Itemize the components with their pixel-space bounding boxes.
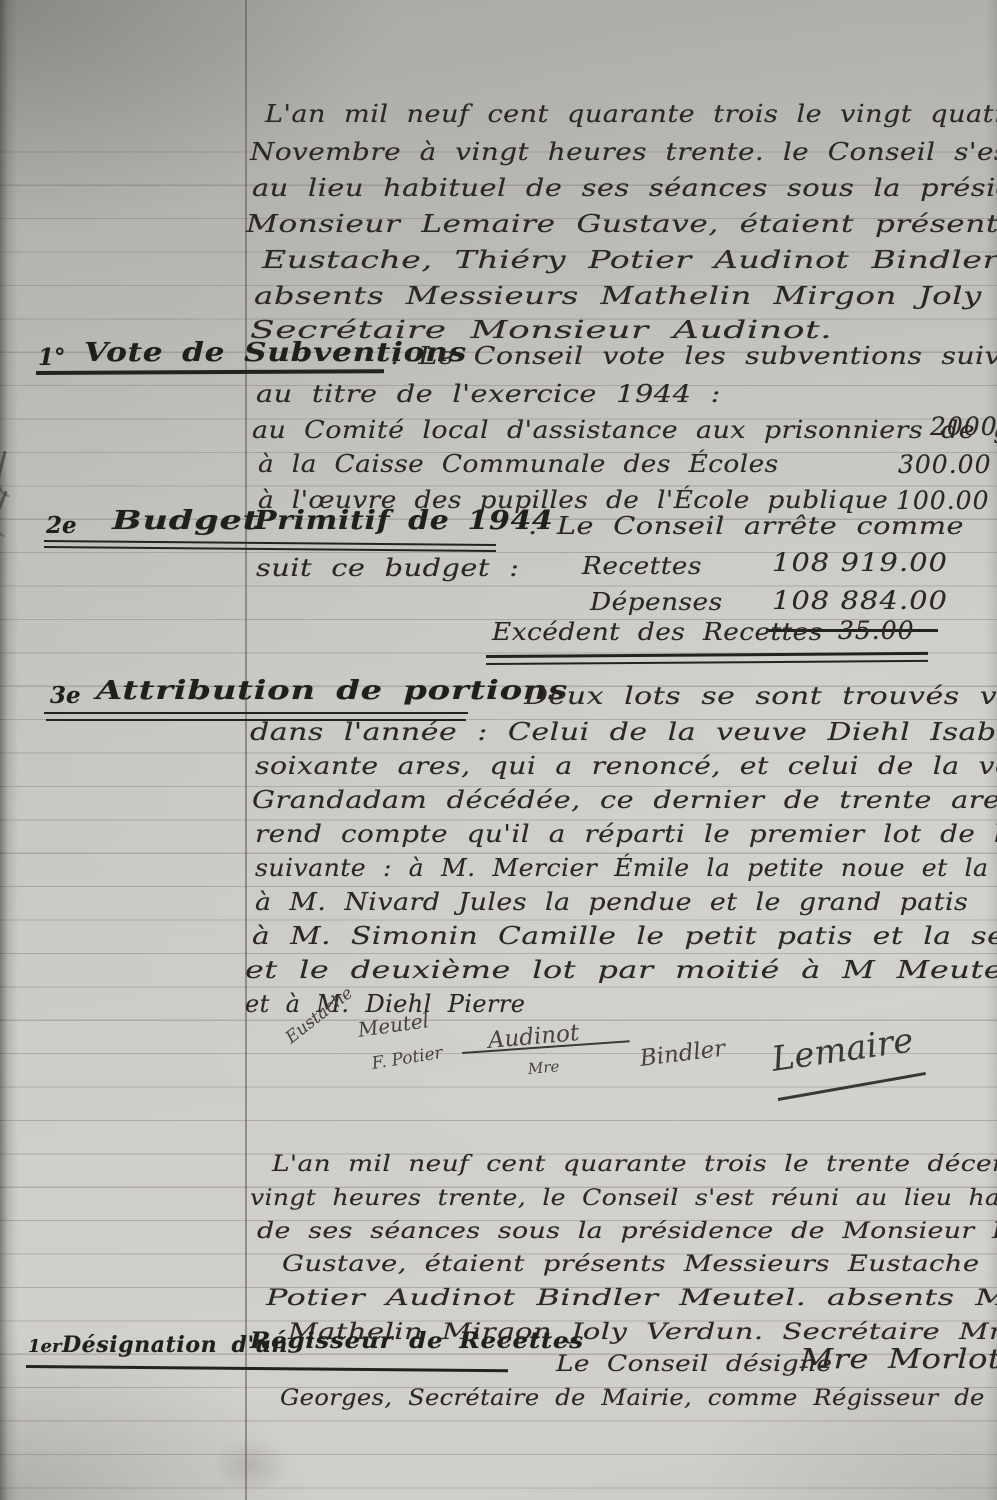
- budget-row-value: 35.00: [838, 616, 915, 645]
- budget-row-label: Excédent des Recettes: [492, 618, 823, 647]
- section3-line: et le deuxième lot par moitié à M Meutel…: [245, 956, 997, 985]
- budget-row-value: 108 919.00: [772, 548, 948, 577]
- edge-ink-bleed: [0, 451, 20, 498]
- section1-underline: [36, 369, 384, 375]
- grant-amount: 2000.: [930, 412, 997, 441]
- budget-row-value: 108 884.00: [772, 586, 948, 615]
- meeting1-line: Monsieur Lemaire Gustave, étaient présen…: [246, 210, 997, 239]
- section4-designee: Mre Morlot: [800, 1344, 997, 1376]
- section4-number: 1er: [28, 1336, 61, 1357]
- meeting2-line: L'an mil neuf cent quarante trois le tre…: [272, 1152, 997, 1178]
- section3-line: soixante ares, qui a renoncé, et celui d…: [255, 752, 997, 781]
- budget-closing-rule: [486, 660, 928, 665]
- section1-number: 1°: [38, 344, 66, 371]
- section3-line: suivante : à M. Mercier Émile la petite …: [255, 854, 997, 883]
- section2-title-rest: Primitif de 1944: [254, 506, 553, 536]
- meeting1-line: au lieu habituel de ses séances sous la …: [252, 174, 997, 203]
- page: L'an mil neuf cent quarante trois le vin…: [0, 0, 997, 1500]
- section1-line: au titre de l'exercice 1944 :: [256, 380, 721, 409]
- meeting1-line: absents Messieurs Mathelin Mirgon Joly V…: [254, 282, 997, 311]
- section4-title-rest: Régisseur de Recettes: [250, 1328, 584, 1354]
- section2-line: suit ce budget :: [256, 554, 519, 583]
- signature-lemaire-underline: [778, 1072, 926, 1101]
- section3-underline: [44, 712, 468, 714]
- section2-title-margin: Budget: [112, 506, 260, 536]
- grant-label: à la Caisse Communale des Écoles: [258, 450, 779, 479]
- signature-bindler: Bindler: [638, 1036, 726, 1072]
- signature-potier: F. Potier: [370, 1043, 444, 1074]
- grant-amount: 100.00: [896, 486, 989, 515]
- section2-number: 2e: [46, 512, 77, 539]
- section3-line: Grandadam décédée, ce dernier de trente …: [252, 786, 997, 815]
- budget-closing-rule: [486, 652, 928, 658]
- section3-line: dans l'année : Celui de la veuve Diehl I…: [250, 718, 997, 747]
- section3-line: rend compte qu'il a réparti le premier l…: [255, 820, 997, 849]
- section4-underline: [26, 1365, 508, 1372]
- paper-smudge: [195, 1425, 305, 1500]
- grant-label: au Comité local d'assistance aux prisonn…: [252, 416, 997, 445]
- section3-title: Attribution de portions: [96, 676, 568, 706]
- signature-lemaire: Lemaire: [769, 1020, 916, 1079]
- section2-underline: [44, 546, 496, 552]
- meeting1-line: Novembre à vingt heures trente. le Conse…: [250, 138, 997, 167]
- section3-line: à M. Nivard Jules la pendue et le grand …: [255, 888, 968, 917]
- section3-number: 3e: [50, 682, 81, 709]
- edge-ink-bleed: [0, 490, 21, 537]
- section3-line: à M. Simonin Camille le petit patis et l…: [252, 922, 997, 951]
- meeting2-line: Gustave, étaient présents Messieurs Eust…: [282, 1252, 997, 1278]
- section1-intro: . Le Conseil vote les subventions suivan…: [390, 342, 997, 371]
- meeting2-line: vingt heures trente, le Conseil s'est ré…: [250, 1186, 997, 1212]
- section3-intro: Deux lots se sont trouvés vacants: [524, 682, 997, 711]
- signature-paraph: Mre: [527, 1057, 560, 1078]
- budget-row-label: Recettes: [582, 552, 702, 581]
- meeting2-line: de ses séances sous la présidence de Mon…: [257, 1219, 997, 1245]
- meeting1-line: L'an mil neuf cent quarante trois le vin…: [265, 100, 997, 129]
- section4-intro: Le Conseil désigne: [556, 1352, 832, 1378]
- meeting1-line: Eustache, Thiéry Potier Audinot Bindler …: [262, 246, 997, 275]
- section4-line: Georges, Secrétaire de Mairie, comme Rég…: [280, 1386, 997, 1412]
- section2-intro: . Le Conseil arrête comme: [528, 512, 964, 541]
- section2-underline: [44, 540, 496, 546]
- grant-amount: 300.00: [898, 450, 991, 479]
- meeting2-line: Potier Audinot Bindler Meutel. absents M…: [266, 1286, 997, 1312]
- budget-row-label: Dépenses: [590, 588, 723, 617]
